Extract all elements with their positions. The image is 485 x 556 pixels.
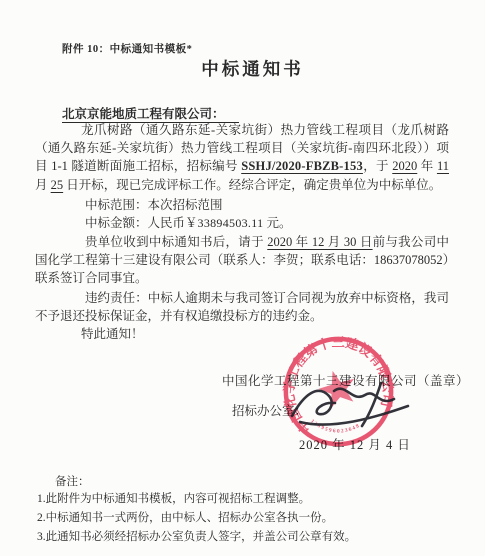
- page-title: 中标通知书: [10, 56, 485, 81]
- bid-open-day: 25: [51, 178, 64, 192]
- scope-value: 本次招标范围: [148, 198, 223, 212]
- amount-label: 中标金额：人民币￥: [85, 216, 198, 230]
- closing-line: 特此通知！: [81, 324, 144, 342]
- award-text-2: ，于: [363, 159, 392, 173]
- bid-open-month: 11: [437, 159, 449, 173]
- signature-stroke: [334, 389, 394, 401]
- paragraph-liability: 违约责任：中标人逾期未与我司签订合同视为放弃中标资格，我司不予退还投标保证金，并…: [35, 289, 449, 325]
- document-page: 附件 10：中标通知书模板* 中标通知书 北京京能地质工程有限公司： 龙爪树路（…: [0, 0, 485, 556]
- notes-heading: 备注：: [55, 473, 90, 489]
- signature-stroke: [362, 383, 381, 426]
- sign-deadline: 2020 年 12 月 30 日: [267, 235, 372, 249]
- amount-unit: 元。: [263, 216, 291, 230]
- paragraph-award: 龙爪树路（通久路东延-关家坑街）热力管线工程项目（龙爪树路（通久路东延-关家坑街…: [35, 121, 449, 194]
- signature-stroke: [300, 406, 408, 425]
- scope-line: 中标范围：本次招标范围: [85, 196, 223, 214]
- note-item-3: 3.此通知书必须经招标办公室负责人签字，并盖公司公章有效。: [37, 528, 356, 544]
- contract-text-1: 贵单位收到中标通知书后，请于: [85, 235, 267, 249]
- handwritten-signature: [282, 376, 414, 434]
- amount-line: 中标金额：人民币￥33894503.11 元。: [85, 214, 292, 232]
- scope-label: 中标范围：: [85, 198, 148, 212]
- paragraph-contract: 贵单位收到中标通知书后，请于 2020 年 12 月 30 日前与我公司中国化学…: [35, 233, 449, 288]
- award-text-4: 月: [35, 178, 51, 192]
- signature-stroke: [292, 391, 335, 416]
- bid-number: SSHJ/2020-FBZB-153: [241, 159, 363, 173]
- note-item-1: 1.此附件为中标通知书模板，内容可视招标工程调整。: [37, 490, 310, 506]
- attachment-label: 附件 10：中标通知书模板*: [62, 41, 192, 56]
- amount-value: 33894503.11: [198, 216, 264, 230]
- note-item-2: 2.中标通知书一式两份，由中标人、招标办公室各执一份。: [37, 509, 333, 525]
- award-text-3: 年: [417, 159, 437, 173]
- recipient-line: 北京京能地质工程有限公司：: [62, 104, 239, 122]
- bid-open-year: 2020: [392, 159, 417, 173]
- award-text-5: 日开标，现已完成评标工作。经综合评定，确定贵单位为中标单位。: [63, 178, 441, 192]
